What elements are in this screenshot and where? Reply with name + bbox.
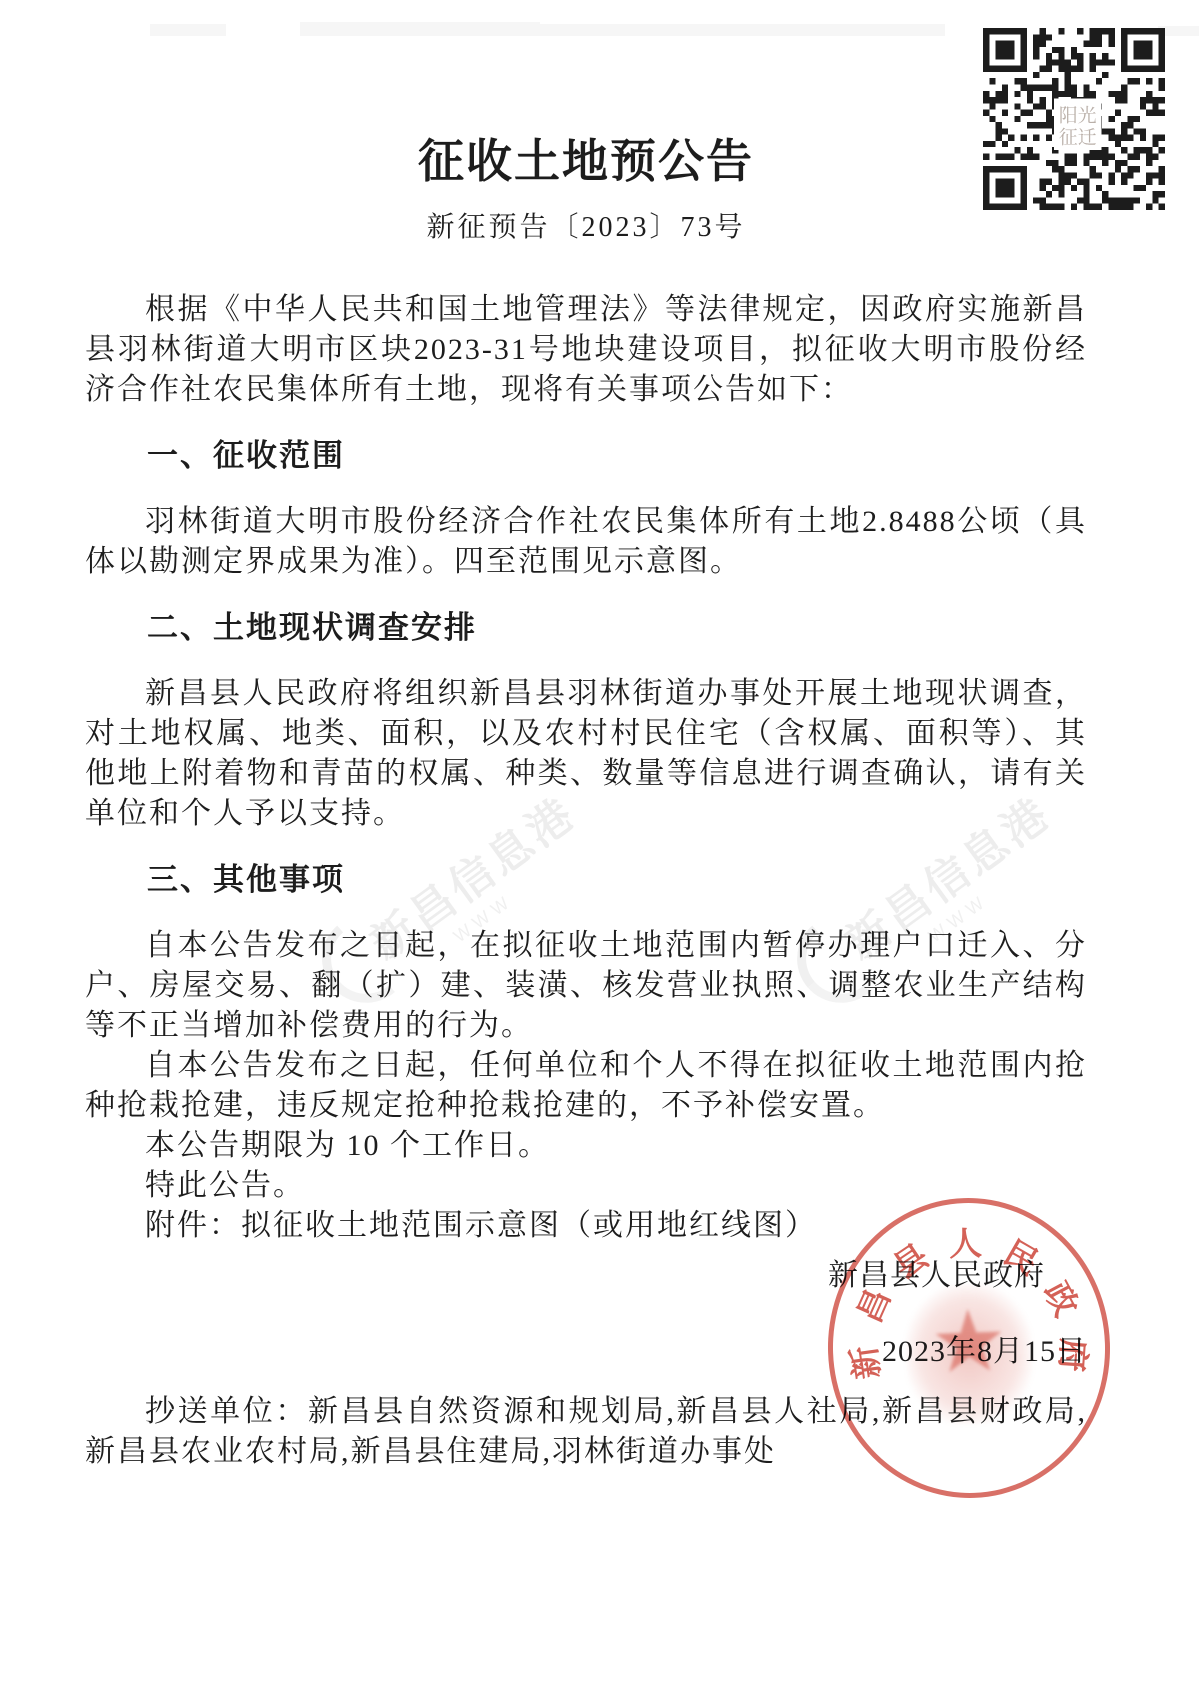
section-heading-1: 一、征收范围 [85,436,1087,476]
section-3-paragraph-2: 自本公告发布之日起，任何单位和个人不得在拟征收土地范围内抢种抢栽抢建，违反规定抢… [85,1046,1087,1126]
intro-paragraph: 根据《中华人民共和国土地管理法》等法律规定，因政府实施新昌县羽林街道大明市区块2… [85,290,1087,410]
hereby-announced-line: 特此公告。 [85,1166,1087,1206]
section-3-paragraph-1: 自本公告发布之日起，在拟征收土地范围内暂停办理户口迁入、分户、房屋交易、翻（扩）… [85,926,1087,1046]
section-heading-2: 二、土地现状调查安排 [85,608,1087,648]
section-1-paragraph: 羽林街道大明市股份经济合作社农民集体所有土地2.8488公顷（具体以勘测定界成果… [85,502,1087,582]
signature-name: 新昌县人民政府 [85,1256,1045,1296]
attachment-line: 附件：拟征收土地范围示意图（或用地红线图） [85,1206,1087,1246]
cc-list: 抄送单位：新昌县自然资源和规划局,新昌县人社局,新昌县财政局,新昌县农业农村局,… [85,1392,1087,1472]
signature-date: 2023年8月15日 [85,1332,1087,1372]
doc-number: 新征预告〔2023〕73号 [85,208,1087,248]
page-title: 征收土地预公告 [85,134,1087,190]
announcement-page: { "document": { "title": "征收土地预公告", "doc… [0,0,1199,1696]
section-2-paragraph: 新昌县人民政府将组织新昌县羽林街道办事处开展土地现状调查，对土地权属、地类、面积… [85,674,1087,834]
document-body: 征收土地预公告 新征预告〔2023〕73号 根据《中华人民共和国土地管理法》等法… [85,0,1087,1502]
notice-period-line: 本公告期限为 10 个工作日。 [85,1126,1087,1166]
section-heading-3: 三、其他事项 [85,860,1087,900]
